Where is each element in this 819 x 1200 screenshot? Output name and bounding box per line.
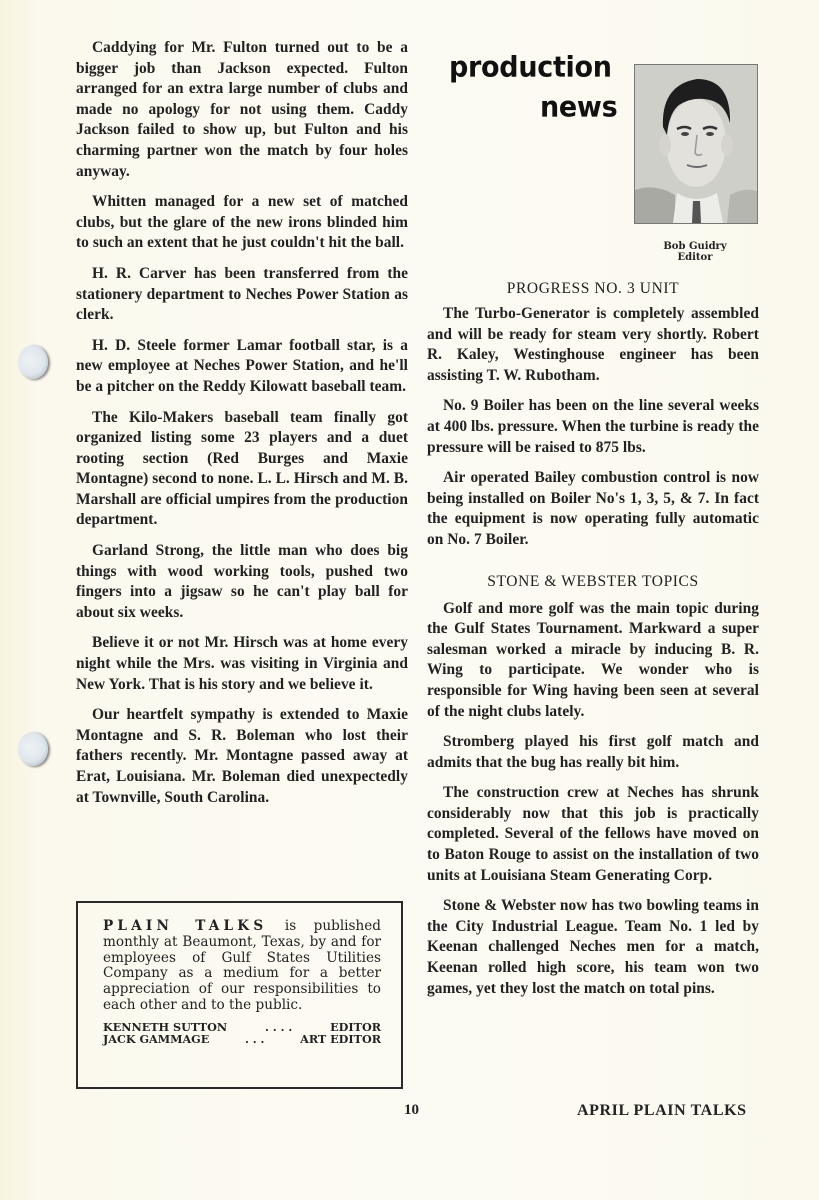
paragraph: Stromberg played his first golf match an…: [427, 732, 759, 773]
paragraph: H. D. Steele former Lamar football star,…: [76, 336, 408, 398]
paragraph: The Turbo-Generator is completely assemb…: [427, 304, 759, 386]
staff-credits: KENNETH SUTTON . . . . EDITOR JACK GAMMA…: [103, 1021, 381, 1046]
credit-role: ART EDITOR: [300, 1033, 381, 1046]
paragraph: The Kilo-Makers baseball team finally go…: [76, 408, 408, 532]
binder-hole-top: [18, 345, 48, 379]
binder-hole-bottom: [18, 732, 48, 766]
paragraph: Our heartfelt sympathy is extended to Ma…: [76, 705, 408, 808]
caption-role: Editor: [634, 252, 756, 263]
paragraph: Garland Strong, the little man who does …: [76, 541, 408, 623]
credit-dots: . . .: [245, 1033, 264, 1046]
portrait-image: [635, 65, 757, 223]
masthead-production: production: [449, 51, 612, 84]
right-column: PROGRESS NO. 3 UNIT The Turbo-Generator …: [427, 280, 759, 1009]
section-heading-stone-webster: STONE & WEBSTER TOPICS: [427, 573, 759, 591]
publication-blurb: PLAIN TALKS is published monthly at Beau…: [103, 919, 381, 1014]
section-heading-progress: PROGRESS NO. 3 UNIT: [427, 280, 759, 298]
publication-name: PLAIN TALKS: [103, 918, 267, 934]
paragraph: Stone & Webster now has two bowling team…: [427, 896, 759, 999]
issue-title: APRIL PLAIN TALKS: [577, 1102, 747, 1120]
paragraph: Caddying for Mr. Fulton turned out to be…: [76, 38, 408, 182]
paragraph: H. R. Carver has been transferred from t…: [76, 264, 408, 326]
credit-name: JACK GAMMAGE: [103, 1033, 209, 1046]
paragraph: No. 9 Boiler has been on the line severa…: [427, 396, 759, 458]
paragraph: Whitten managed for a new set of matched…: [76, 192, 408, 254]
caption-name: Bob Guidry: [634, 241, 756, 252]
editor-photo: [634, 64, 758, 224]
photo-caption: Bob Guidry Editor: [634, 241, 756, 263]
page-number: 10: [404, 1102, 419, 1119]
paragraph: Air operated Bailey combustion control i…: [427, 468, 759, 550]
left-column: Caddying for Mr. Fulton turned out to be…: [76, 38, 408, 818]
paragraph: The construction crew at Neches has shru…: [427, 783, 759, 886]
publication-info-box: PLAIN TALKS is published monthly at Beau…: [76, 901, 403, 1089]
paragraph: Golf and more golf was the main topic du…: [427, 599, 759, 723]
credit-dots: . . . .: [265, 1021, 292, 1034]
paragraph: Believe it or not Mr. Hirsch was at home…: [76, 633, 408, 695]
masthead-news: news: [540, 91, 617, 124]
credit-row: JACK GAMMAGE . . . ART EDITOR: [103, 1033, 381, 1046]
